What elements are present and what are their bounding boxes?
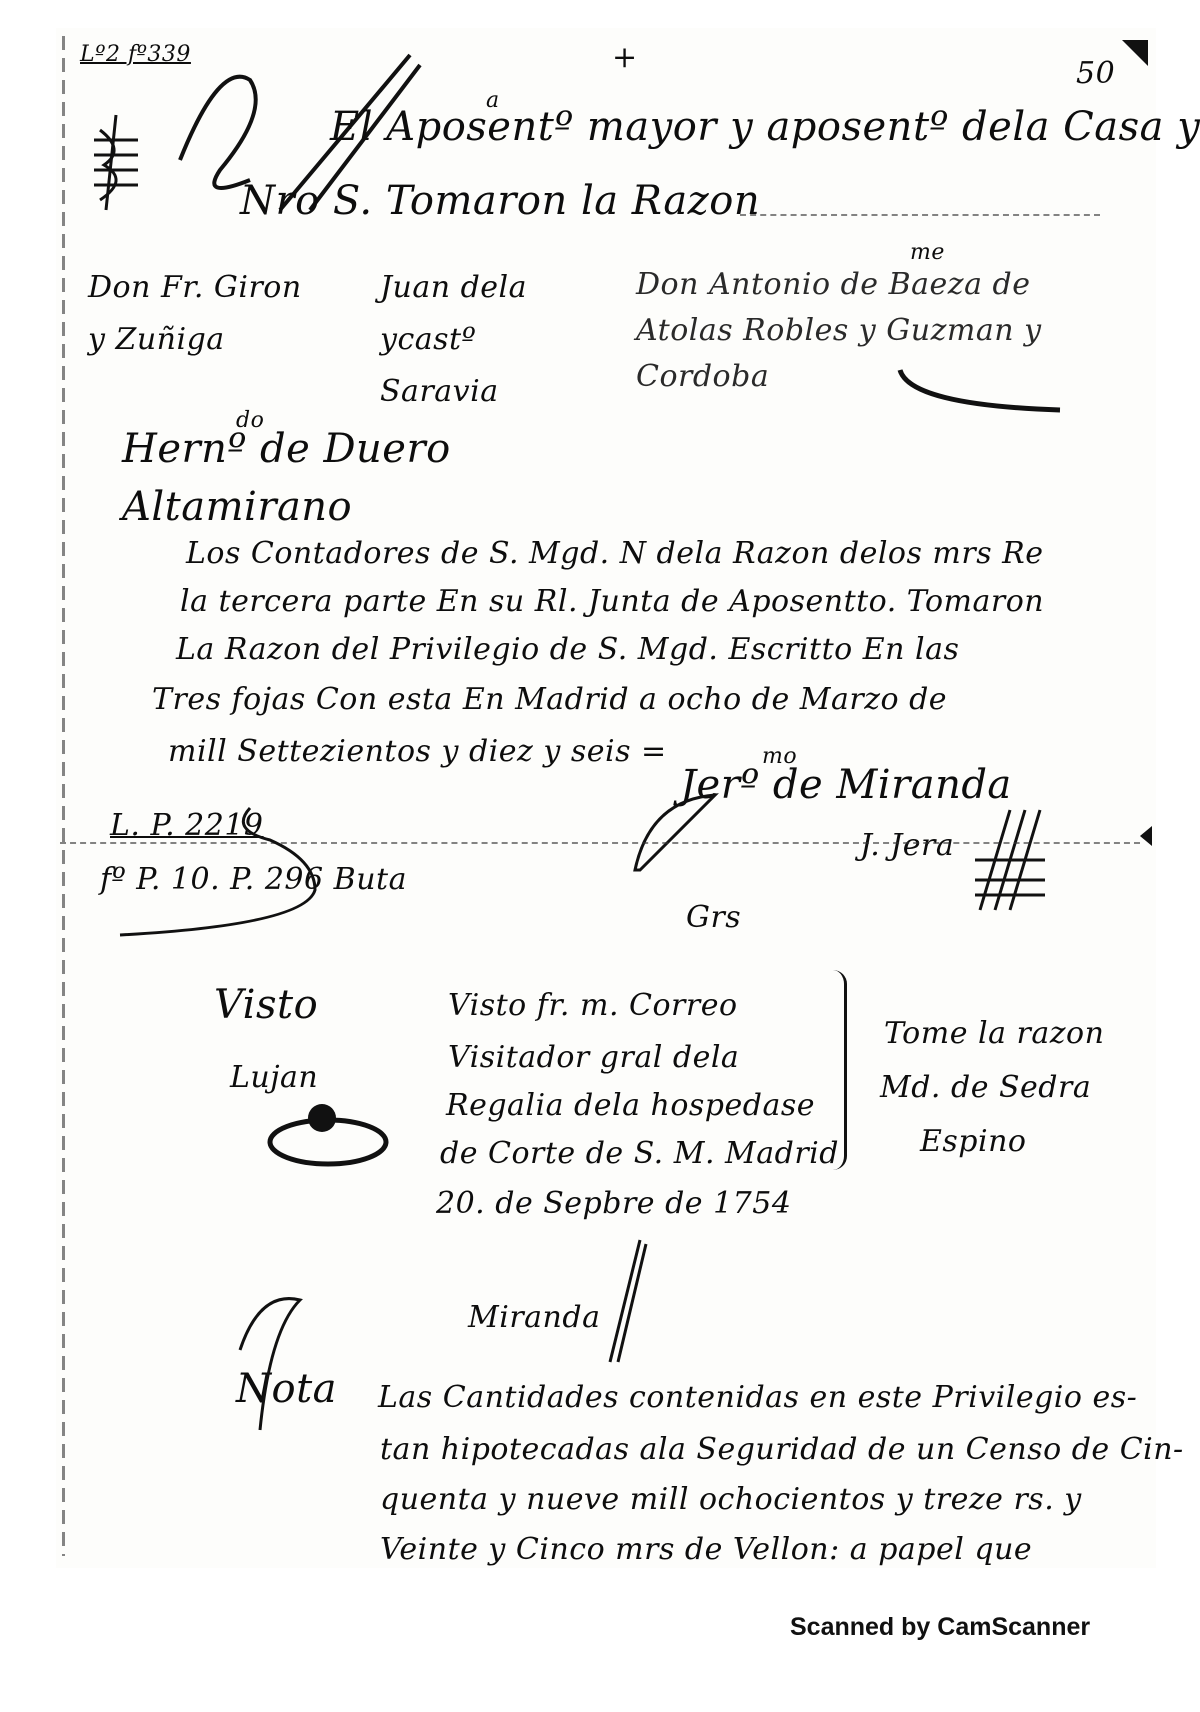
signatory-hernandez-duero: Hernº de Duero Altamirano bbox=[122, 420, 482, 536]
margin-rubric-icon bbox=[86, 110, 146, 220]
signature-tail-flourish-icon bbox=[890, 350, 1070, 420]
visto-block-line: Visitador gral dela bbox=[448, 1040, 739, 1075]
header-superscript: a bbox=[486, 88, 500, 113]
signatory-zuniga: Don Fr. Giron y Zuñiga bbox=[88, 262, 328, 366]
nota-line: Veinte y Cinco mrs de Vellon: a papel qu… bbox=[380, 1532, 1032, 1567]
signatory-juan-saravia: Juan dela ycastº Saravia bbox=[380, 262, 580, 418]
body-line: mill Settezientos y diez y seis = bbox=[168, 734, 667, 769]
scanner-watermark: Scanned by CamScanner bbox=[790, 1613, 1090, 1642]
visto-rubric-icon bbox=[264, 1080, 394, 1170]
edge-arrow-mark bbox=[1140, 826, 1152, 846]
abbreviation-mark: Grs bbox=[686, 900, 741, 935]
signatory-antonio-superscript: me bbox=[910, 240, 945, 265]
signatory-hernandez-superscript: do bbox=[236, 408, 264, 433]
top-cross-mark: + bbox=[612, 40, 638, 75]
nota-signature: Miranda bbox=[468, 1300, 600, 1335]
header-line-2: Nro S. Tomaron la Razon bbox=[240, 178, 760, 224]
signature-secondary: J. Jera bbox=[860, 828, 954, 863]
nota-line: quenta y nueve mill ochocientos y treze … bbox=[380, 1482, 1082, 1517]
body-line: la tercera parte En su Rl. Junta de Apos… bbox=[180, 584, 1044, 619]
signature-rubric-icon bbox=[970, 800, 1050, 920]
body-line: La Razon del Privilegio de S. Mgd. Escri… bbox=[176, 632, 959, 667]
signature-loop-flourish-icon bbox=[620, 790, 730, 880]
body-line: Tres fojas Con esta En Madrid a ocho de … bbox=[152, 682, 947, 717]
nota-initial-flourish-icon bbox=[230, 1290, 320, 1440]
body-line: Los Contadores de S. Mgd. N dela Razon d… bbox=[186, 536, 1044, 571]
page-corner-mark bbox=[1122, 40, 1148, 66]
visto-bracket bbox=[820, 970, 847, 1170]
nota-line: Las Cantidades contenidas en este Privil… bbox=[378, 1380, 1137, 1415]
tome-block-line: Tome la razon bbox=[884, 1016, 1104, 1051]
header-dash-rule bbox=[740, 214, 1100, 216]
nota-line: tan hipotecadas ala Seguridad de un Cens… bbox=[380, 1432, 1184, 1467]
page-number: 50 bbox=[1076, 56, 1115, 91]
header-line-1: El Aposentº mayor y aposentº dela Casa y… bbox=[330, 104, 1200, 150]
visto-block-line: Regalia dela hospedase bbox=[446, 1088, 815, 1123]
tome-block-line: Espino bbox=[920, 1124, 1026, 1159]
left-margin-edge bbox=[62, 36, 65, 1556]
visto-block-line: de Corte de S. M. Madrid bbox=[440, 1136, 839, 1171]
margin-note-bracket-icon bbox=[100, 800, 340, 940]
tome-block-line: Md. de Sedra bbox=[880, 1070, 1091, 1105]
signature-main-superscript: mo bbox=[762, 744, 797, 769]
visto-block-line: 20. de Sepbre de 1754 bbox=[436, 1186, 791, 1221]
header-line-1-text: El Aposentº mayor y aposentº dela Casa y… bbox=[330, 104, 1200, 150]
visto-block-line: Visto fr. m. Correo bbox=[448, 988, 738, 1023]
visto-left-text: Visto bbox=[214, 982, 318, 1028]
